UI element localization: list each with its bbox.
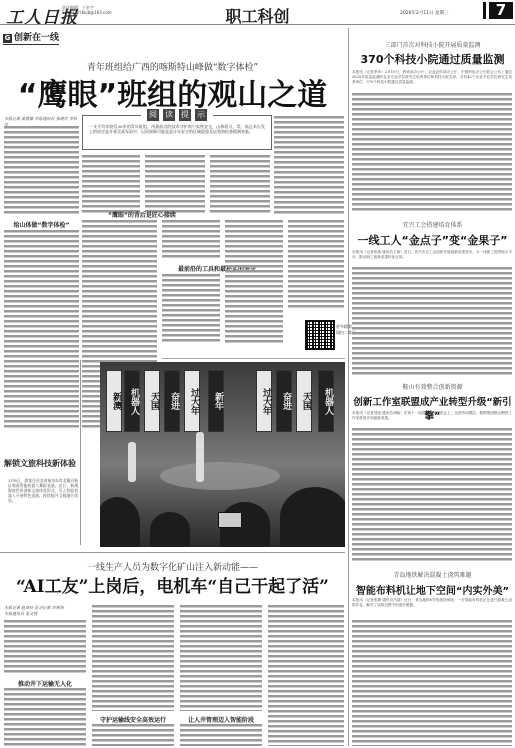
audience <box>150 512 190 547</box>
right-story4-body <box>352 620 512 746</box>
photo-banner: 新澳 <box>106 370 122 432</box>
photo-banner: 机器人 <box>318 370 334 432</box>
second-body-col3b <box>180 724 262 746</box>
right-story4-lead: 本报讯（记者张静 通讯员吕超）近日，青岛地铁8号线建设现场，一台智能布料机正在进… <box>352 598 512 618</box>
second-byline: 本报记者 赵亚轩 见习记者 沙树海 本报通讯员 张文悦 <box>4 605 84 617</box>
right-story4-headline: 智能布料机让地下空间“内实外美” <box>350 582 515 597</box>
right-story2-headline: 一线工人“金点子”变“金果子” <box>350 232 515 248</box>
qr-code[interactable] <box>305 320 335 350</box>
second-body-col1 <box>4 620 86 675</box>
robot-performance-photo: 新澳 机器人 天国 奋进 过大年 新年 过大年 奋进 天国 机器人 <box>100 362 345 547</box>
second-subhead-3: 让人井管理迈入智能阶段 <box>180 715 262 724</box>
sidebar-divider <box>80 360 81 545</box>
second-byline-line2: 本报通讯员 张文悦 <box>4 611 84 617</box>
sidebar-text: 2月8日，游客在河北省秦皇岛市北戴河新区观看智能机器人舞蹈表演。近日，新澳海底世… <box>8 478 78 518</box>
photo-banner: 过大年 <box>256 370 272 432</box>
photo-banner: 奋进 <box>276 370 292 432</box>
reading-tips-text: 一支平均年龄仅30岁的青年班组，用最前沿的技术守护南宁高铁安全，山林原点，崇，高… <box>89 124 265 146</box>
right-story3-kicker: 鞍山有效整合创新资源 <box>350 382 515 391</box>
right-story1-kicker: 三部门首次对科技小院开展质量监测 <box>350 40 515 49</box>
page-number: 7 <box>486 2 513 19</box>
photo-banner: 机器人 <box>124 370 140 432</box>
robot-figure <box>128 442 136 482</box>
lead-subhead-2: “鹰眼”的背后是匠心接续 <box>82 210 202 219</box>
reading-tips-box: 阅 读 提 示 一支平均年龄仅30岁的青年班组，用最前沿的技术守护南宁高铁安全，… <box>82 115 272 150</box>
right-story2-body <box>352 267 512 377</box>
lead-body-col2-top <box>82 155 140 215</box>
sidebar-headline: 解锁文旅科技新体验 <box>4 458 76 469</box>
right-story4-kicker: 青岛地铁解决混凝土浇筑难题 <box>350 570 515 579</box>
lead-body-col5 <box>288 220 344 308</box>
lead-body-col3b <box>162 274 220 344</box>
stage-floor <box>160 462 280 490</box>
lead-body-col1 <box>4 230 79 430</box>
second-subhead-1: 推动井下运输无人化 <box>4 679 86 688</box>
right-story3-body <box>352 428 512 563</box>
lead-body-col1-top <box>4 126 79 216</box>
second-body-col3 <box>180 605 262 711</box>
right-story1-headline: 370个科技小院通过质量监测 <box>350 51 515 67</box>
tip-char: 示 <box>195 109 207 121</box>
lead-body-col3 <box>162 220 220 260</box>
phone-screen <box>218 512 242 528</box>
photo-top-rule <box>162 358 345 359</box>
tip-char: 阅 <box>147 109 159 121</box>
lead-body-col4-top <box>274 116 344 216</box>
second-body-col4 <box>268 605 344 746</box>
right-story1-lead: 本报讯（记者李彦）2月10日，教育部办公厅、农业农村部办公厅、中国科协办公厅联合… <box>352 70 512 92</box>
photo-banner: 天国 <box>296 370 312 432</box>
audience <box>100 497 140 547</box>
right-story2-lead: 本报讯（记者张涵 通讯员王蓉）近日，宜兴市总工会组织开展创新成果发布，为一线职工… <box>352 250 512 266</box>
photo-banner: 奋进 <box>164 370 180 432</box>
reading-tips-title: 阅 读 提 示 <box>141 109 213 121</box>
right-story2-kicker: 宜兴工会搭建培育体系 <box>350 220 515 229</box>
lead-body-col4 <box>225 220 283 344</box>
photo-banner: 天国 <box>144 370 160 432</box>
second-headline: “AI工友”上岗后，电机车“自己干起了活” <box>0 572 345 597</box>
second-body-col2 <box>92 605 174 711</box>
column-badge-label: 创新在一线 <box>14 33 59 43</box>
header-rule <box>0 24 515 25</box>
right-story3-lead: 本报讯（记者刘旭 通讯员刘畅）在第十一届国际发明展览会上，全国劳动模范、鞍钢集团… <box>352 411 512 427</box>
second-body-col1b <box>4 688 86 746</box>
second-body-col2b <box>92 724 174 746</box>
right-column-divider <box>348 28 349 746</box>
lead-headline: “鹰眼”班组的观山之道 <box>0 70 345 114</box>
right-story1-body <box>352 93 512 213</box>
audience <box>280 487 345 547</box>
tip-char: 提 <box>179 109 191 121</box>
tip-char: 读 <box>163 109 175 121</box>
column-badge-icon: G <box>3 34 12 43</box>
lead-body-col3-top <box>145 155 205 215</box>
lead-body-col3b-top <box>210 155 270 215</box>
robot-figure <box>196 432 204 482</box>
lead-subhead-1: 给山体做“数字体检” <box>4 220 79 229</box>
column-badge: G创新在一线 <box>3 30 59 45</box>
second-subhead-2: 守护运输线安全高效运行 <box>92 715 174 724</box>
photo-banner: 新年 <box>208 370 224 432</box>
photo-banner: 过大年 <box>184 370 200 432</box>
issue-date: 2026年2月11日 星期三 <box>400 10 448 16</box>
section-rule <box>0 552 345 553</box>
